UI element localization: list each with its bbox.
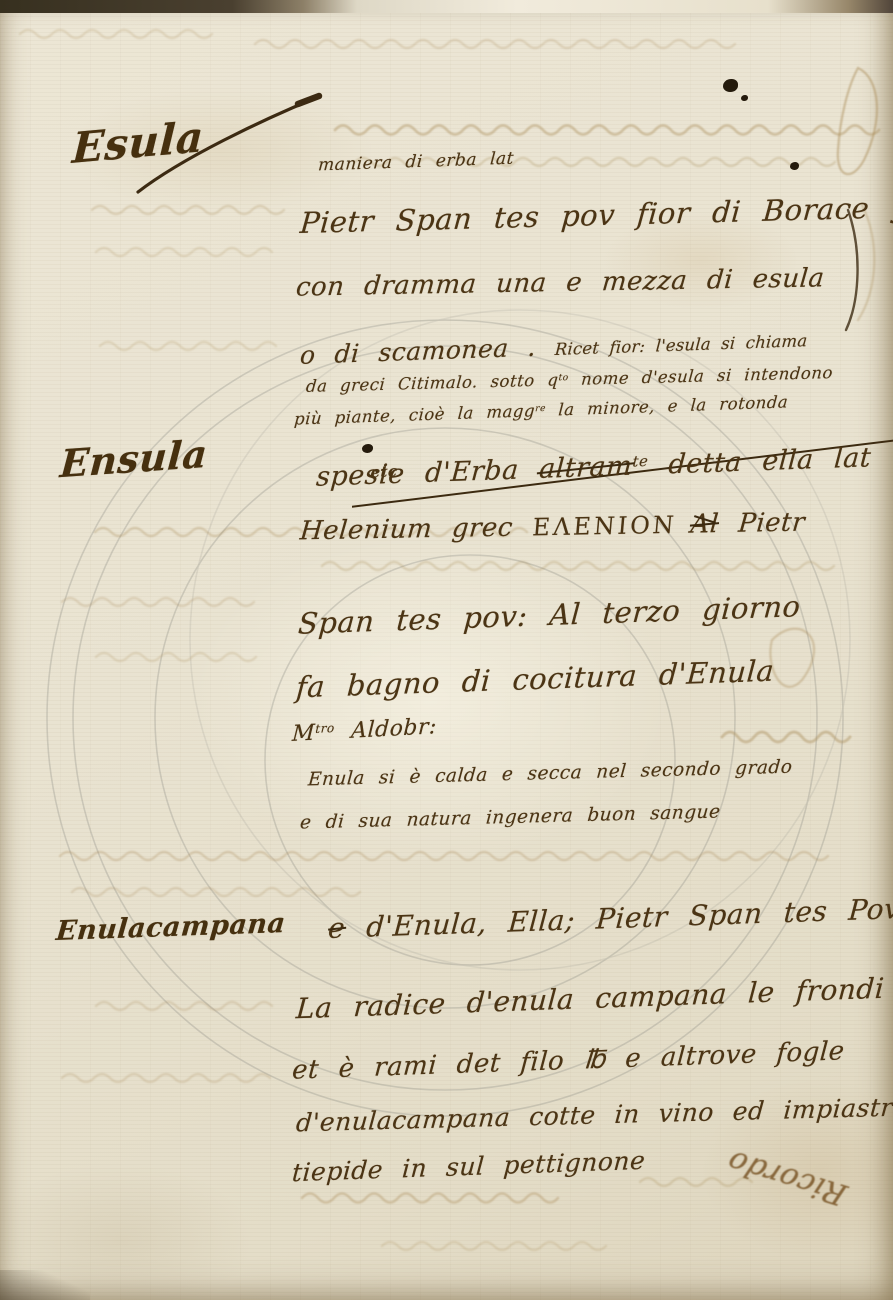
- page-corner-shadow: [0, 1270, 90, 1300]
- line-text: da greci Citimalo. sotto q: [305, 370, 559, 396]
- margin-headword-ensula: Ensula: [59, 431, 209, 487]
- line-text: Aldobr:: [334, 714, 438, 744]
- body-line: fa bagno di cocitura d'Enula: [295, 654, 775, 705]
- struck-word: altram: [538, 451, 633, 485]
- line-note: Ricet fior: l'esula si chiama: [554, 331, 808, 359]
- struck-word: e: [327, 911, 346, 945]
- struck-word: Al: [689, 509, 720, 540]
- superscript: tro: [315, 721, 335, 736]
- margin-headword-enulacampana: Enulacampana: [55, 908, 287, 947]
- body-line: tiepide in sul pettignone: [291, 1146, 646, 1187]
- verso-note: Ricordo: [722, 1143, 853, 1211]
- ink-blot: [741, 95, 748, 101]
- body-line: Helenium grec ΕΛΕΝΙΟΝAl Pietr: [299, 508, 807, 547]
- body-line: Pietr Span tes pov fior di Borace ℥: [299, 190, 893, 240]
- line-text: detta ella lat: [647, 442, 872, 481]
- line-text: più piante, cioè la magg: [293, 401, 535, 428]
- body-line: spesie d'Erba altramte detta ella lat: [315, 442, 872, 492]
- body-line: e d'Enula, Ella; Pietr Span tes Pov: [327, 892, 893, 945]
- line-text: M: [291, 721, 315, 747]
- greek-word: ΕΛΕΝΙΟΝ: [531, 511, 677, 542]
- body-line: La radice d'enula campana le frondi: [295, 972, 885, 1026]
- line-text: Helenium grec: [299, 512, 534, 546]
- body-line: d'enulacampana cotte in vino ed impiastr…: [295, 1092, 893, 1138]
- margin-headword-esula: Esula: [71, 112, 205, 173]
- ink-blot: [362, 444, 373, 453]
- superscript: re: [535, 404, 546, 414]
- line-text: la minore, e la rotonda: [545, 392, 789, 420]
- body-line: più piante, cioè la maggre la minore, e …: [293, 392, 788, 428]
- body-line: Enula si è calda e secca nel secondo gra…: [307, 757, 793, 791]
- ink-blot: [790, 162, 799, 170]
- line-text: d'Enula, Ella; Pietr Span tes Pov: [344, 892, 893, 944]
- manuscript-page: Esula Ensula Enulacampana maniera di erb…: [0, 0, 893, 1300]
- line-text: Pietr: [717, 508, 806, 540]
- body-line: Mtro Aldobr:: [291, 714, 437, 747]
- body-line: e di sua natura ingenera buon sangue: [299, 801, 721, 833]
- body-line: Span tes pov: Al terzo giorno: [297, 589, 802, 641]
- ink-blot: [723, 79, 738, 92]
- body-line: et è rami det filo ℔ e altrove fogle: [291, 1036, 845, 1085]
- line-text: nome d'esula si intendono: [568, 363, 834, 389]
- page-top-edge: [0, 0, 893, 13]
- line-main: o di scamonea .: [299, 333, 537, 370]
- body-line: da greci Citimalo. sotto qto nome d'esul…: [305, 363, 833, 396]
- superscript: te: [632, 452, 649, 471]
- body-line: maniera di erba lat: [317, 149, 514, 176]
- body-line: con dramma una e mezza di esula: [295, 263, 826, 302]
- body-line: o di scamonea . Ricet fior: l'esula si c…: [299, 323, 809, 370]
